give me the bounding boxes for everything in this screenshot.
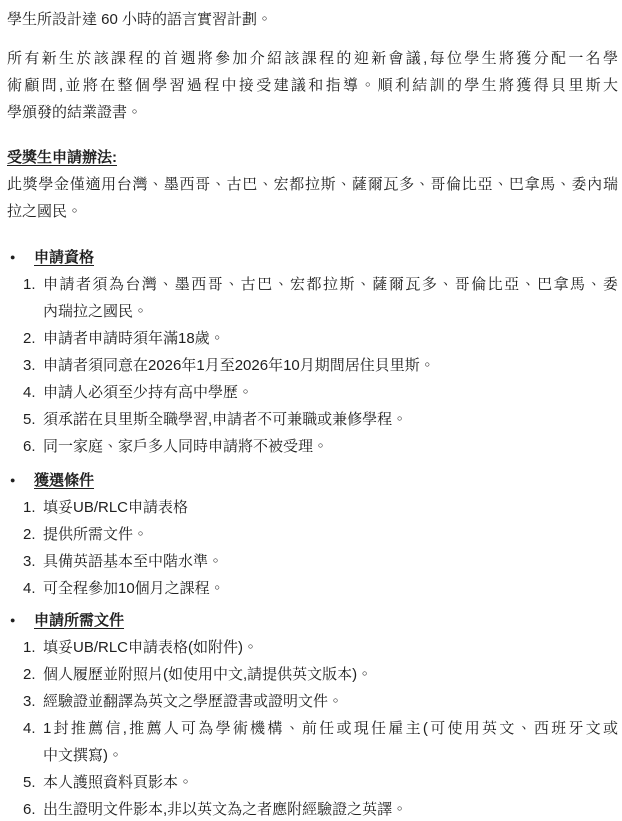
list-item-text: 個人履歷並附照片(如使用中文,請提供英文版本)。 <box>43 661 618 688</box>
section-required-documents: ● 申請所需文件 1. 填妥UB/RLC申請表格(如附件)。 2. 個人履歷並附… <box>7 607 618 821</box>
list-item-number: 5. <box>23 769 43 796</box>
list-item: 2. 提供所需文件。 <box>7 521 618 548</box>
list-item-number: 2. <box>23 521 43 548</box>
list-item-text: 本人護照資料頁影本。 <box>43 769 618 796</box>
intro-line: 學生所設計達 60 小時的語言實習計劃。 <box>7 6 618 33</box>
bullet-icon: ● <box>7 467 34 494</box>
list-item-number: 4. <box>23 715 43 769</box>
list-item-text: 申請者須為台灣、墨西哥、古巴、宏都拉斯、薩爾瓦多、哥倫比亞、巴拿馬、委 內瑞拉之… <box>43 271 618 325</box>
list-item-number: 6. <box>23 433 43 460</box>
list-item-text: 同一家庭、家戶多人同時申請將不被受理。 <box>43 433 618 460</box>
paragraph-line: 此獎學金僅適用台灣、墨西哥、古巴、宏都拉斯、薩爾瓦多、哥倫比亞、巴拿馬、委內瑞 <box>7 171 618 198</box>
list-item-text: 須承諾在貝里斯全職學習,申請者不可兼職或兼修學程。 <box>43 406 618 433</box>
list-item-text: 填妥UB/RLC申請表格 <box>43 494 618 521</box>
list-item-text: 可全程參加10個月之課程。 <box>43 575 618 602</box>
paragraph-line: 學頒發的結業證書。 <box>7 99 618 126</box>
list-item: 4. 可全程參加10個月之課程。 <box>7 575 618 602</box>
list-item-number: 1. <box>23 634 43 661</box>
bullet-icon: ● <box>7 607 34 634</box>
bullet-icon: ● <box>7 244 34 271</box>
list-item: 2. 申請者申請時須年滿18歲。 <box>7 325 618 352</box>
list-item: 3. 具備英語基本至中階水準。 <box>7 548 618 575</box>
list-item: 4. 1封推薦信,推薦人可為學術機構、前任或現任雇主(可使用英文、西班牙文或 中… <box>7 715 618 769</box>
list-item-number: 3. <box>23 352 43 379</box>
list-item: 6. 同一家庭、家戶多人同時申請將不被受理。 <box>7 433 618 460</box>
list-item-number: 3. <box>23 688 43 715</box>
section-heading-row: ● 獲選條件 <box>7 467 618 494</box>
list-item: 5. 須承諾在貝里斯全職學習,申請者不可兼職或兼修學程。 <box>7 406 618 433</box>
section-title: 申請資格 <box>34 244 94 271</box>
orientation-paragraph: 所有新生於該課程的首週將參加介紹該課程的迎新會議,每位學生將獲分配一名學 術顧問… <box>7 45 618 126</box>
list-item-text: 經驗證並翻譯為英文之學歷證書或證明文件。 <box>43 688 618 715</box>
paragraph-line: 拉之國民。 <box>7 198 618 225</box>
list-item-text: 具備英語基本至中階水準。 <box>43 548 618 575</box>
paragraph-line: 術顧問,並將在整個學習過程中接受建議和指導。順利結訓的學生將獲得貝里斯大 <box>7 72 618 99</box>
list-item-text: 提供所需文件。 <box>43 521 618 548</box>
section-title: 獲選條件 <box>34 467 94 494</box>
list-item: 1. 填妥UB/RLC申請表格 <box>7 494 618 521</box>
paragraph-line: 所有新生於該課程的首週將參加介紹該課程的迎新會議,每位學生將獲分配一名學 <box>7 45 618 72</box>
list-item-text: 申請者申請時須年滿18歲。 <box>43 325 618 352</box>
list-item-number: 1. <box>23 271 43 325</box>
heading-text: 受獎生申請辦法: <box>7 149 117 166</box>
list-item: 6. 出生證明文件影本,非以英文為之者應附經驗證之英譯。 <box>7 796 618 821</box>
list-item-number: 3. <box>23 548 43 575</box>
list-item-number: 4. <box>23 379 43 406</box>
section-heading-row: ● 申請所需文件 <box>7 607 618 634</box>
section-application-qualifications: ● 申請資格 1. 申請者須為台灣、墨西哥、古巴、宏都拉斯、薩爾瓦多、哥倫比亞、… <box>7 244 618 460</box>
list-item-text: 填妥UB/RLC申請表格(如附件)。 <box>43 634 618 661</box>
eligibility-note-paragraph: 此獎學金僅適用台灣、墨西哥、古巴、宏都拉斯、薩爾瓦多、哥倫比亞、巴拿馬、委內瑞 … <box>7 171 618 225</box>
list-item-number: 4. <box>23 575 43 602</box>
list-item-number: 2. <box>23 661 43 688</box>
document-page: { "page": { "background_color": "#ffffff… <box>0 0 622 821</box>
list-item: 5. 本人護照資料頁影本。 <box>7 769 618 796</box>
list-item-number: 1. <box>23 494 43 521</box>
list-item: 4. 申請人必須至少持有高中學歷。 <box>7 379 618 406</box>
list-item-text: 申請者須同意在2026年1月至2026年10月期間居住貝里斯。 <box>43 352 618 379</box>
section-heading-row: ● 申請資格 <box>7 244 618 271</box>
list-item-number: 2. <box>23 325 43 352</box>
section-selection-criteria: ● 獲選條件 1. 填妥UB/RLC申請表格 2. 提供所需文件。 3. 具備英… <box>7 467 618 602</box>
section-title: 申請所需文件 <box>34 607 124 634</box>
list-item-text: 1封推薦信,推薦人可為學術機構、前任或現任雇主(可使用英文、西班牙文或 中文撰寫… <box>43 715 618 769</box>
document-body: 學生所設計達 60 小時的語言實習計劃。 所有新生於該課程的首週將參加介紹該課程… <box>0 0 622 821</box>
application-procedure-heading: 受獎生申請辦法: <box>7 144 618 171</box>
list-item-number: 6. <box>23 796 43 821</box>
list-item: 3. 申請者須同意在2026年1月至2026年10月期間居住貝里斯。 <box>7 352 618 379</box>
list-item: 3. 經驗證並翻譯為英文之學歷證書或證明文件。 <box>7 688 618 715</box>
list-item-text: 出生證明文件影本,非以英文為之者應附經驗證之英譯。 <box>43 796 618 821</box>
list-item: 1. 申請者須為台灣、墨西哥、古巴、宏都拉斯、薩爾瓦多、哥倫比亞、巴拿馬、委 內… <box>7 271 618 325</box>
list-item: 2. 個人履歷並附照片(如使用中文,請提供英文版本)。 <box>7 661 618 688</box>
intro-paragraph: 學生所設計達 60 小時的語言實習計劃。 <box>7 6 618 33</box>
list-item-number: 5. <box>23 406 43 433</box>
list-item: 1. 填妥UB/RLC申請表格(如附件)。 <box>7 634 618 661</box>
list-item-text: 申請人必須至少持有高中學歷。 <box>43 379 618 406</box>
